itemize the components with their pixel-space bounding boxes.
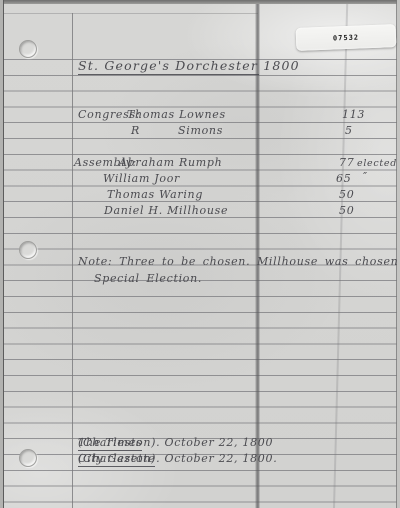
citation-detail: (Charleston). October 22, 1800 — [78, 436, 273, 449]
punch-hole-top — [19, 40, 37, 58]
catalog-sticker: 07532 — [296, 24, 397, 51]
vote-count: 77 — [339, 156, 354, 169]
elected-note: elected — [357, 158, 397, 169]
candidate-name: Daniel H. Millhouse — [104, 204, 228, 217]
candidate-name: Simons — [178, 124, 223, 137]
punch-hole-bottom — [19, 449, 37, 467]
candidate-name: Abraham Rumph — [119, 156, 222, 169]
paper-top-edge — [4, 13, 258, 14]
scanned-page: 07532 St. George's Dorchester 1800 Congr… — [0, 0, 400, 508]
candidate-initial: R — [131, 124, 140, 137]
note-text: Note: Three to be chosen. Millhouse was … — [78, 255, 400, 268]
margin-line — [72, 13, 73, 508]
scan-edge-top — [0, 0, 400, 4]
document-title: St. George's Dorchester 1800 — [78, 58, 259, 75]
ditto-mark: ″ — [363, 170, 368, 183]
citation-detail: (Charleston). October 22, 1800. — [78, 452, 277, 465]
vote-count: 50 — [339, 188, 354, 201]
page-edge-left-line — [3, 0, 4, 508]
candidate-name: Thomas Lownes — [127, 108, 226, 121]
catalog-number: 07532 — [333, 33, 359, 42]
vote-count: 50 — [339, 204, 354, 217]
note-text: Special Election. — [94, 272, 202, 285]
candidate-name: Thomas Waring — [107, 188, 203, 201]
vote-count: 65 — [336, 172, 351, 185]
punch-hole-middle — [19, 241, 37, 259]
candidate-name: William Joor — [103, 172, 180, 185]
vote-count: 113 — [342, 108, 365, 121]
vote-count: 5 — [345, 124, 353, 137]
